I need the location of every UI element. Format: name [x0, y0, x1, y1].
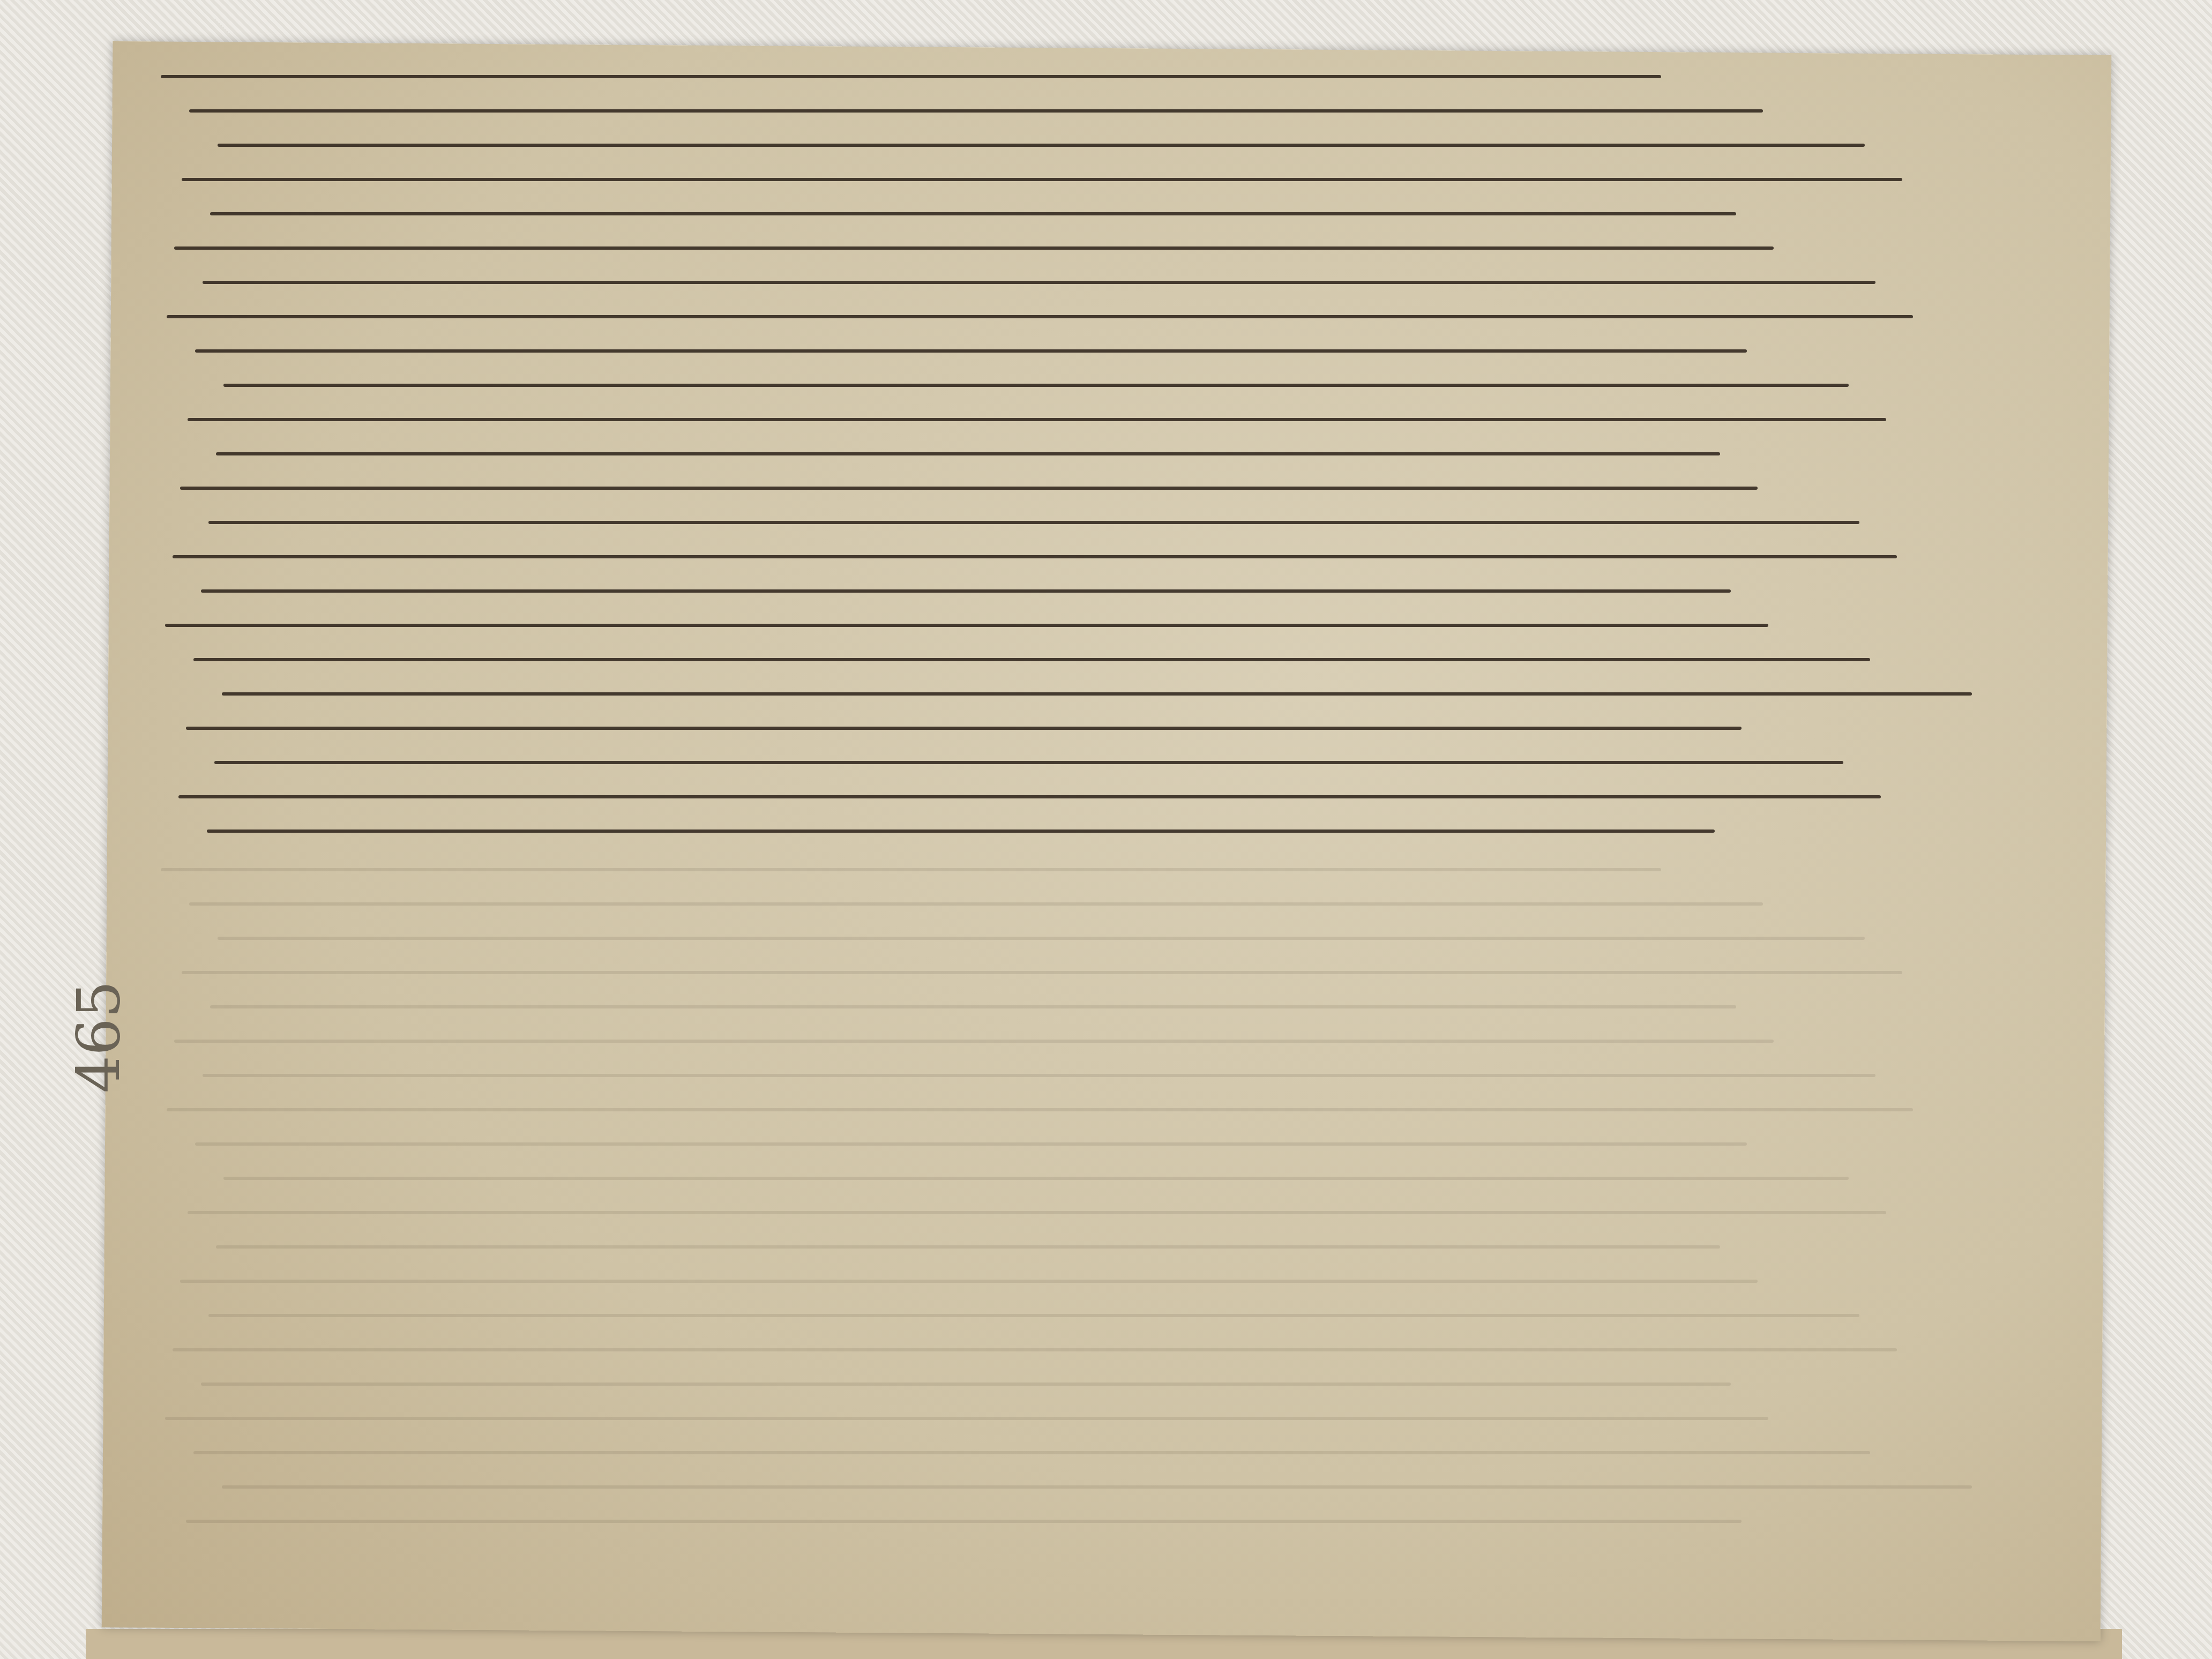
handwriting-line: [222, 692, 1972, 696]
handwriting-line: [174, 1040, 1774, 1043]
handwriting-line: [210, 212, 1736, 215]
handwriting-line: [210, 1005, 1736, 1008]
handwriting-line: [203, 1074, 1875, 1077]
handwriting-line: [223, 1177, 1849, 1180]
show-through-text: [161, 857, 2009, 1554]
handwriting-line: [165, 624, 1768, 627]
handwriting-line: [214, 761, 1843, 764]
handwriting-line: [218, 937, 1865, 940]
handwriting-line: [218, 144, 1865, 147]
handwriting-line: [201, 1382, 1731, 1386]
handwriting-line: [182, 178, 1902, 181]
page-number: 465: [64, 981, 133, 1093]
handwriting-line: [182, 971, 1902, 974]
handwriting-line: [161, 75, 1661, 78]
handwriting-line: [167, 315, 1913, 318]
handwriting-line: [189, 902, 1763, 906]
handwritten-text-block: [161, 64, 2009, 879]
handwriting-line: [178, 795, 1881, 798]
handwriting-line: [180, 487, 1758, 490]
handwriting-line: [208, 521, 1859, 524]
handwriting-line: [223, 384, 1849, 387]
handwriting-line: [161, 868, 1661, 871]
handwriting-line: [189, 109, 1763, 113]
handwriting-line: [186, 1520, 1742, 1523]
handwriting-line: [174, 246, 1774, 250]
handwriting-line: [188, 1211, 1886, 1214]
handwriting-line: [193, 1451, 1870, 1454]
handwriting-line: [207, 829, 1715, 833]
handwriting-line: [201, 589, 1731, 593]
handwriting-line: [173, 1348, 1897, 1351]
handwriting-line: [208, 1314, 1859, 1317]
handwriting-line: [195, 349, 1747, 353]
handwriting-line: [188, 418, 1886, 421]
handwriting-line: [193, 658, 1870, 661]
handwriting-line: [186, 727, 1742, 730]
handwriting-line: [165, 1417, 1768, 1420]
handwriting-line: [203, 281, 1875, 284]
handwriting-line: [173, 555, 1897, 558]
handwriting-line: [167, 1108, 1913, 1111]
handwriting-line: [195, 1142, 1747, 1146]
handwriting-line: [216, 452, 1720, 455]
handwriting-line: [216, 1245, 1720, 1249]
handwriting-line: [180, 1280, 1758, 1283]
handwriting-line: [222, 1485, 1972, 1489]
